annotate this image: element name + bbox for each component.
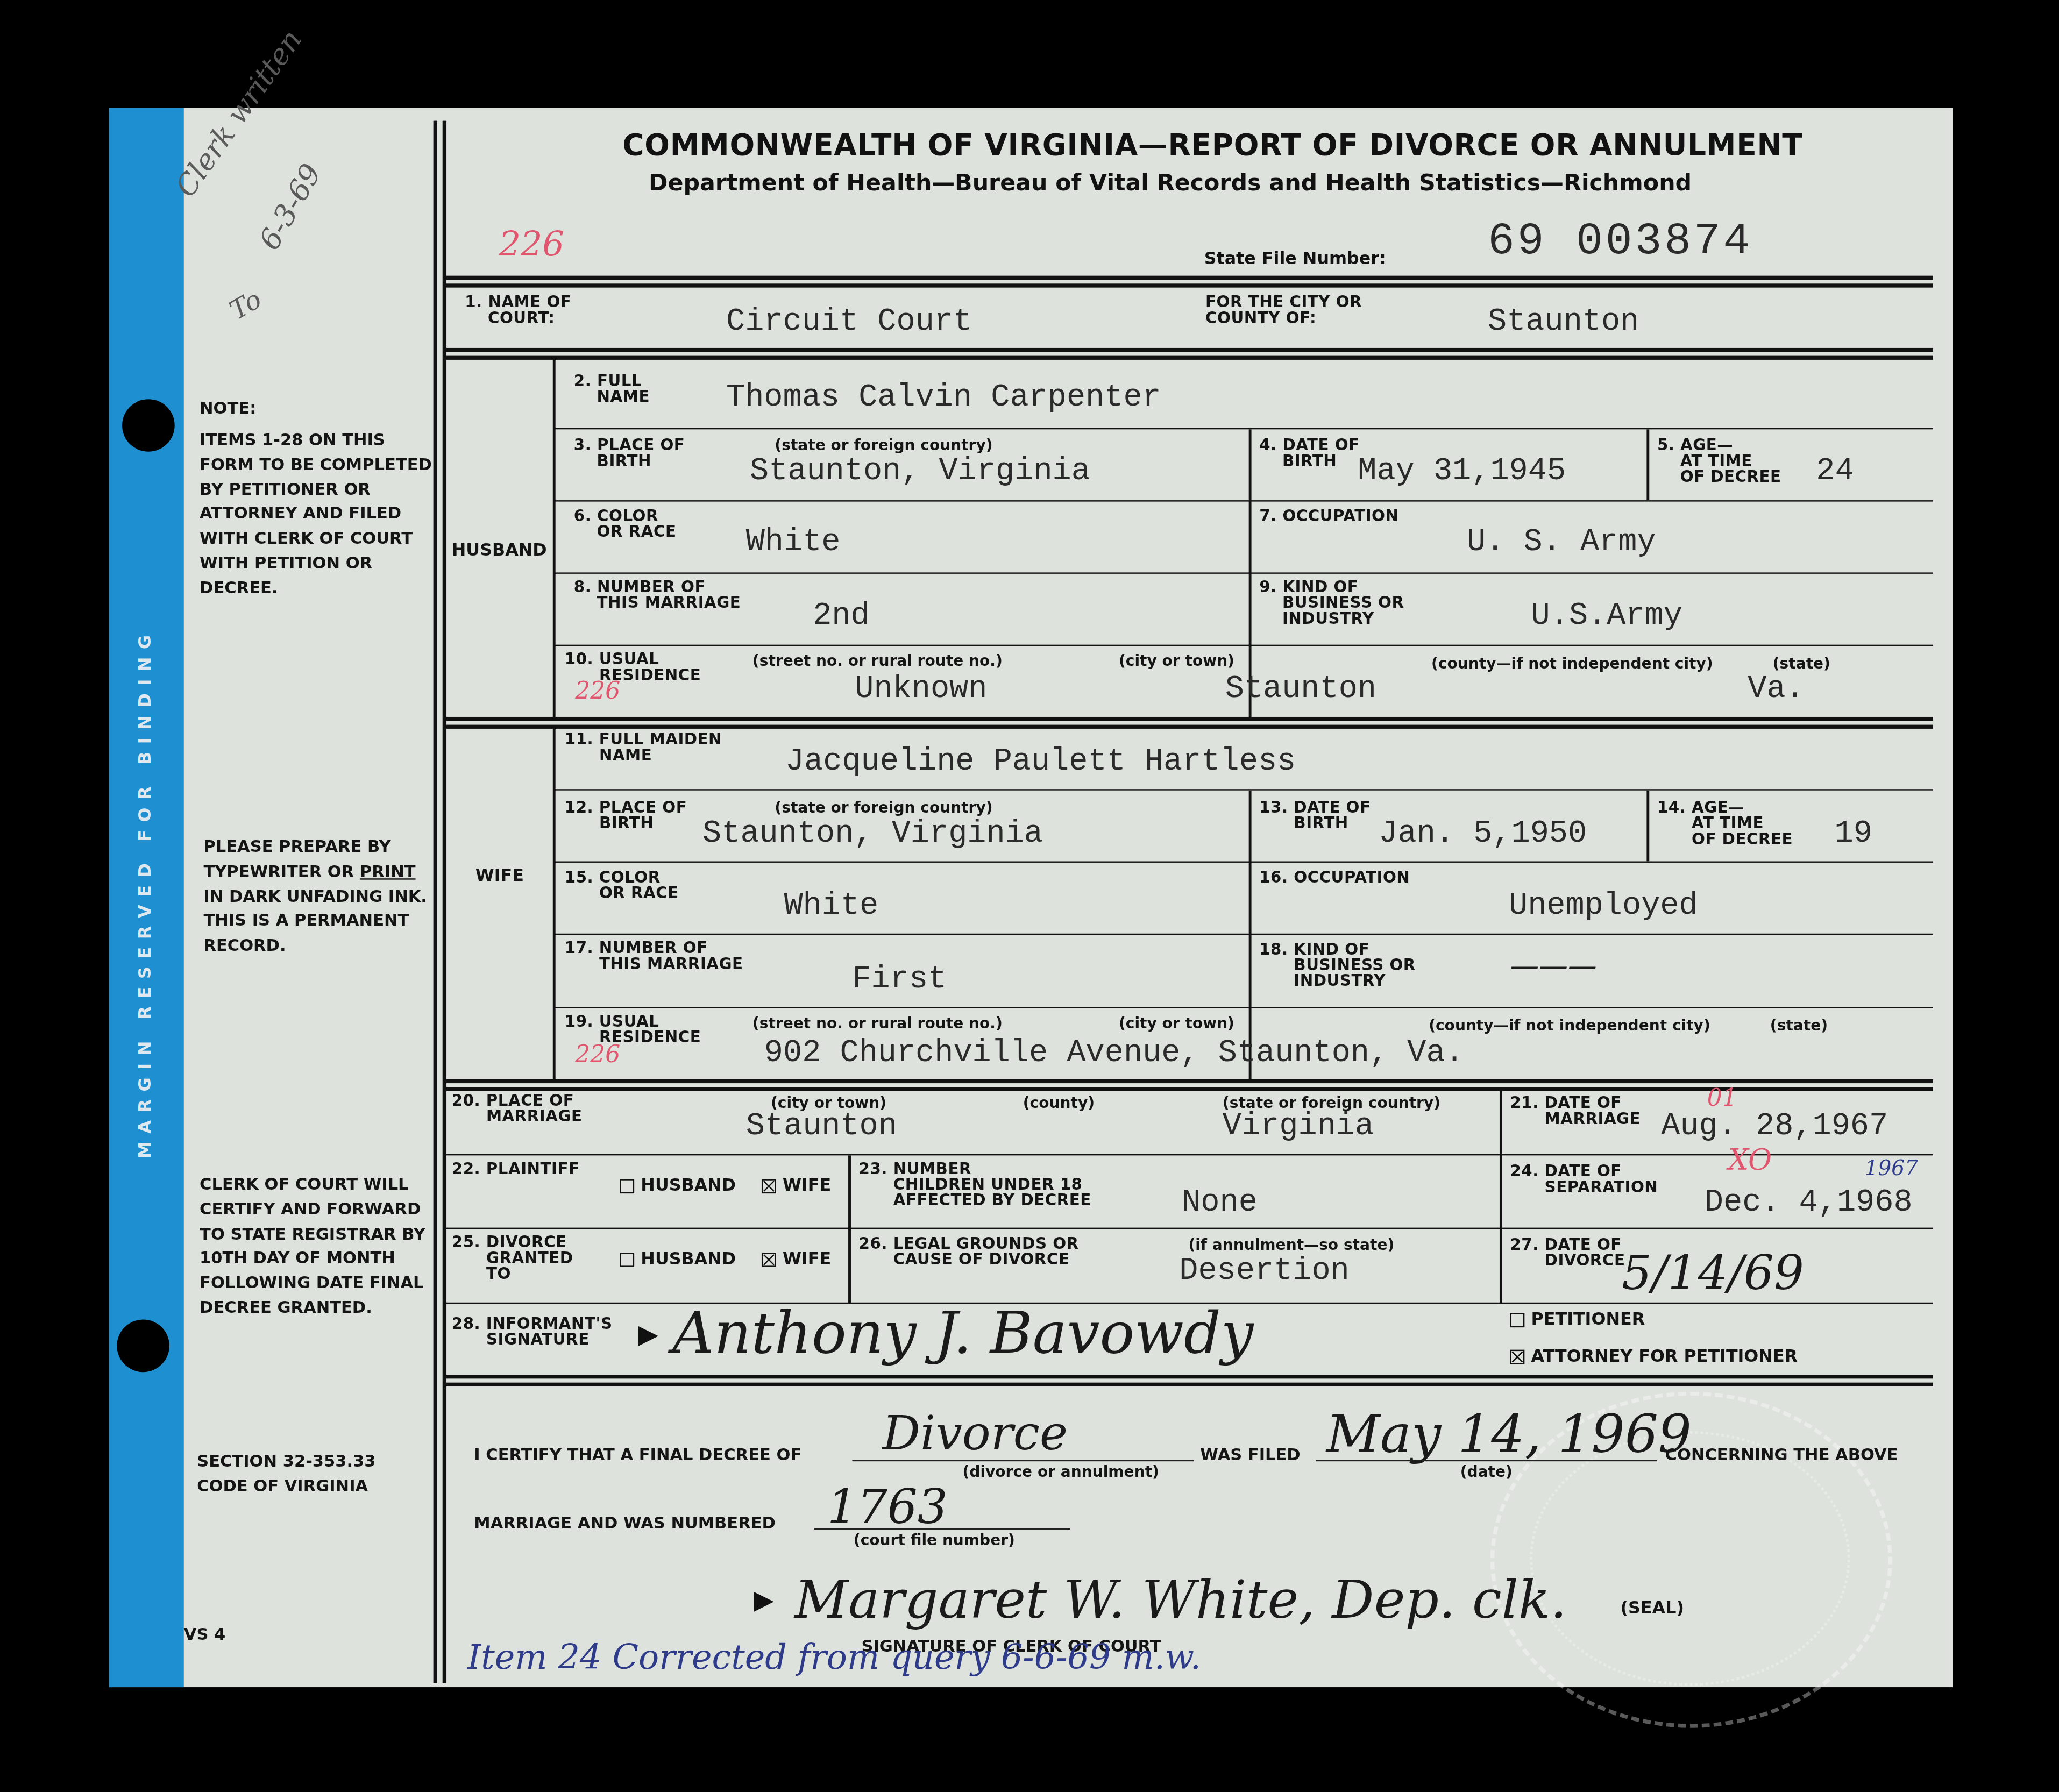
document-scan: MARGIN RESERVED FOR BINDING Clerk writte… bbox=[0, 0, 2059, 1792]
hint: (state or foreign country) bbox=[775, 436, 992, 454]
wife-residence: 902 Churchville Avenue, Staunton, Va. bbox=[764, 1036, 1464, 1071]
husband-occupation-label: 7. OCCUPATION bbox=[1259, 508, 1398, 524]
rule bbox=[814, 1528, 1070, 1530]
note-heading: NOTE: bbox=[200, 396, 436, 421]
arrow-right-icon: ▶ bbox=[638, 1318, 658, 1350]
husband-residence-city: Staunton bbox=[1225, 672, 1376, 708]
wife-section-label: WIFE bbox=[475, 866, 524, 886]
husband-section-label: HUSBAND bbox=[452, 541, 547, 561]
filed-date: May 14, 1969 bbox=[1326, 1405, 1692, 1465]
checkbox-checked-icon bbox=[1510, 1350, 1524, 1364]
husband-residence-state: Va. bbox=[1748, 672, 1805, 708]
grounds-value: Desertion bbox=[1179, 1254, 1349, 1289]
arrow-right-icon: ▶ bbox=[754, 1583, 774, 1615]
rule bbox=[444, 1375, 1933, 1386]
filed-date-hint: (date) bbox=[1460, 1463, 1513, 1481]
wife-name-label: 11. FULL MAIDEN NAME bbox=[565, 731, 722, 763]
rule bbox=[444, 717, 1933, 729]
separation-label: 24. DATE OF SEPARATION bbox=[1510, 1163, 1658, 1195]
hint: (county) bbox=[1023, 1094, 1095, 1112]
wife-dob-label: 13. DATE OF BIRTH bbox=[1259, 800, 1371, 831]
certify-text-2: WAS FILED bbox=[1200, 1444, 1300, 1464]
wife-name: Jacqueline Paulett Hartless bbox=[785, 744, 1296, 780]
certify-text-3: CONCERNING THE ABOVE bbox=[1665, 1444, 1898, 1464]
marriage-date: Aug. 28,1967 bbox=[1661, 1110, 1888, 1145]
husband-marriage-number-label: 8. NUMBER OF THIS MARRIAGE bbox=[574, 579, 741, 611]
husband-occupation: U. S. Army bbox=[1467, 525, 1656, 561]
hint: (county—if not independent city) bbox=[1431, 654, 1713, 672]
rule bbox=[554, 934, 1933, 935]
red-annotation-226: 226 bbox=[575, 678, 620, 705]
form-title: COMMONWEALTH OF VIRGINIA—REPORT OF DIVOR… bbox=[622, 129, 1802, 162]
rule bbox=[444, 1228, 1933, 1229]
red-annotation-226: 226 bbox=[575, 1041, 620, 1069]
hint: (state) bbox=[1773, 654, 1830, 672]
hint: (city or town) bbox=[1119, 1014, 1234, 1032]
husband-birthplace: Staunton, Virginia bbox=[750, 454, 1090, 490]
wife-occupation: Unemployed bbox=[1509, 889, 1698, 925]
husband-race: White bbox=[746, 525, 841, 561]
marriage-place-label: 20. PLACE OF MARRIAGE bbox=[452, 1092, 583, 1124]
decree-type-hint: (divorce or annulment) bbox=[962, 1463, 1159, 1481]
marriage-city: Staunton bbox=[746, 1110, 897, 1145]
court-city-label: FOR THE CITY OR COUNTY OF: bbox=[1205, 294, 1362, 326]
court-file-number: 1763 bbox=[827, 1481, 948, 1535]
rule bbox=[553, 357, 556, 720]
form-id: VS 4 bbox=[184, 1623, 420, 1647]
checkbox-unchecked-icon bbox=[1510, 1313, 1524, 1327]
rule bbox=[554, 861, 1933, 862]
rule bbox=[554, 428, 1933, 429]
court-name-label: 1. NAME OF COURT: bbox=[465, 294, 571, 326]
checkbox-unchecked-icon bbox=[620, 1179, 634, 1193]
wife-marriage-number-label: 17. NUMBER OF THIS MARRIAGE bbox=[565, 940, 743, 972]
husband-name-label: 2. FULL NAME bbox=[574, 373, 650, 404]
red-annotation-marriage: 01 bbox=[1707, 1085, 1737, 1112]
rule bbox=[1500, 1089, 1502, 1304]
certify-text-4: MARRIAGE AND WAS NUMBERED bbox=[474, 1512, 776, 1532]
clerk-instructions: CLERK OF COURT WILL CERTIFY AND FORWARD … bbox=[200, 1172, 431, 1320]
clerk-signature: Margaret W. White, Dep. clk. bbox=[794, 1570, 1567, 1631]
decree-type: Divorce bbox=[883, 1407, 1068, 1461]
certify-text-1: I CERTIFY THAT A FINAL DECREE OF bbox=[474, 1444, 801, 1464]
checkbox-checked-icon bbox=[762, 1253, 776, 1267]
husband-dob-label: 4. DATE OF BIRTH bbox=[1259, 437, 1359, 469]
husband-birthplace-label: 3. PLACE OF BIRTH bbox=[574, 437, 685, 469]
husband-residence-street: Unknown bbox=[855, 672, 987, 708]
wife-race-label: 15. COLOR OR RACE bbox=[565, 869, 679, 901]
rule bbox=[852, 1460, 1194, 1461]
section-reference: SECTION 32-353.33 CODE OF VIRGINIA bbox=[197, 1449, 407, 1499]
plaintiff-label: 22. PLAINTIFF bbox=[452, 1161, 580, 1176]
husband-age: 24 bbox=[1816, 454, 1854, 490]
hint: (state) bbox=[1770, 1016, 1828, 1035]
rule bbox=[554, 1007, 1933, 1008]
informant-label: 28. INFORMANT'S SIGNATURE bbox=[452, 1315, 613, 1347]
children-value: None bbox=[1182, 1185, 1258, 1221]
wife-industry-label: 18. KIND OF BUSINESS OR INDUSTRY bbox=[1259, 941, 1416, 989]
husband-industry: U.S.Army bbox=[1531, 599, 1682, 634]
divorce-date: 5/14/69 bbox=[1622, 1247, 1804, 1301]
seal-label: (SEAL) bbox=[1621, 1599, 1684, 1619]
punch-hole-top bbox=[122, 399, 175, 452]
hint: (city or town) bbox=[1119, 651, 1234, 670]
blue-annotation-separation-year: 1967 bbox=[1865, 1155, 1918, 1180]
state-file-number: 69 003874 bbox=[1488, 218, 1752, 268]
state-file-label: State File Number: bbox=[1204, 250, 1386, 269]
children-label: 23. NUMBER CHILDREN UNDER 18 AFFECTED BY… bbox=[859, 1161, 1091, 1208]
hint: (if annulment—so state) bbox=[1188, 1235, 1394, 1254]
rule bbox=[554, 789, 1933, 790]
separation-date: Dec. 4,1968 bbox=[1705, 1185, 1913, 1221]
rule bbox=[848, 1155, 851, 1304]
prepare-instructions: PLEASE PREPARE BY TYPEWRITER OR PRINT IN… bbox=[203, 835, 439, 958]
rule bbox=[553, 726, 556, 1080]
note-body: ITEMS 1-28 ON THIS FORM TO BE COMPLETED … bbox=[200, 428, 436, 601]
husband-race-label: 6. COLOR OR RACE bbox=[574, 508, 677, 540]
hint: (state or foreign country) bbox=[775, 798, 992, 816]
checkbox-unchecked-icon bbox=[620, 1253, 634, 1267]
rule bbox=[1646, 791, 1649, 862]
rule bbox=[444, 276, 1933, 288]
wife-marriage-number: First bbox=[852, 962, 947, 998]
plaintiff-husband-checkbox[interactable]: HUSBAND bbox=[620, 1176, 736, 1196]
rule bbox=[554, 645, 1933, 646]
rule bbox=[1646, 429, 1649, 500]
husband-age-label: 5. AGE— AT TIME OF DECREE bbox=[1657, 437, 1781, 485]
wife-birthplace: Staunton, Virginia bbox=[702, 816, 1043, 852]
husband-marriage-number: 2nd bbox=[813, 599, 870, 634]
wife-residence-label: 19. USUAL RESIDENCE bbox=[565, 1014, 701, 1046]
petitioner-checkbox[interactable]: PETITIONER bbox=[1510, 1310, 1645, 1330]
form-subtitle: Department of Health—Bureau of Vital Rec… bbox=[649, 170, 1692, 197]
wife-occupation-label: 16. OCCUPATION bbox=[1259, 869, 1410, 885]
hint: (county—if not independent city) bbox=[1429, 1016, 1710, 1035]
marriage-date-label: 21. DATE OF MARRIAGE bbox=[1510, 1095, 1641, 1127]
plaintiff-wife-checkbox[interactable]: WIFE bbox=[762, 1176, 831, 1196]
binding-margin-text: MARGIN RESERVED FOR BINDING bbox=[136, 627, 156, 1158]
granted-husband-checkbox[interactable]: HUSBAND bbox=[620, 1250, 736, 1270]
hint: (street no. or rural route no.) bbox=[752, 651, 1003, 670]
wife-age-label: 14. AGE— AT TIME OF DECREE bbox=[1657, 800, 1793, 847]
embossed-seal-inner bbox=[1530, 1431, 1850, 1686]
wife-dob: Jan. 5,1950 bbox=[1379, 816, 1587, 852]
rule bbox=[444, 348, 1933, 360]
grounds-label: 26. LEGAL GROUNDS OR CAUSE OF DIVORCE bbox=[859, 1235, 1079, 1267]
blue-footer-note: Item 24 Corrected from query 6-6-69 m.w. bbox=[467, 1639, 1201, 1678]
rule bbox=[1316, 1460, 1657, 1461]
husband-industry-label: 9. KIND OF BUSINESS OR INDUSTRY bbox=[1259, 579, 1404, 627]
marriage-state: Virginia bbox=[1223, 1110, 1374, 1145]
court-name-value: Circuit Court bbox=[726, 304, 972, 340]
attorney-checkbox[interactable]: ATTORNEY FOR PETITIONER bbox=[1510, 1347, 1798, 1367]
rule bbox=[444, 1154, 1933, 1155]
informant-signature: Anthony J. Bavowdy bbox=[672, 1300, 1254, 1367]
wife-birthplace-label: 12. PLACE OF BIRTH bbox=[565, 800, 687, 831]
granted-wife-checkbox[interactable]: WIFE bbox=[762, 1250, 831, 1270]
red-annotation-226: 226 bbox=[499, 226, 564, 265]
divorce-date-label: 27. DATE OF DIVORCE bbox=[1510, 1237, 1625, 1269]
punch-hole-bottom bbox=[117, 1320, 169, 1373]
wife-industry: ——— bbox=[1510, 951, 1596, 984]
wife-race: White bbox=[784, 889, 878, 925]
rule bbox=[554, 500, 1933, 501]
red-annotation-separation: XO bbox=[1728, 1145, 1772, 1178]
checkbox-checked-icon bbox=[762, 1179, 776, 1193]
husband-name: Thomas Calvin Carpenter bbox=[726, 381, 1161, 416]
court-city-value: Staunton bbox=[1488, 304, 1639, 340]
granted-label: 25. DIVORCE GRANTED TO bbox=[452, 1234, 573, 1282]
husband-dob: May 31,1945 bbox=[1358, 454, 1566, 490]
hint: (street no. or rural route no.) bbox=[752, 1014, 1003, 1032]
rule bbox=[554, 572, 1933, 573]
court-file-hint: (court file number) bbox=[854, 1531, 1015, 1549]
wife-age: 19 bbox=[1834, 816, 1872, 852]
